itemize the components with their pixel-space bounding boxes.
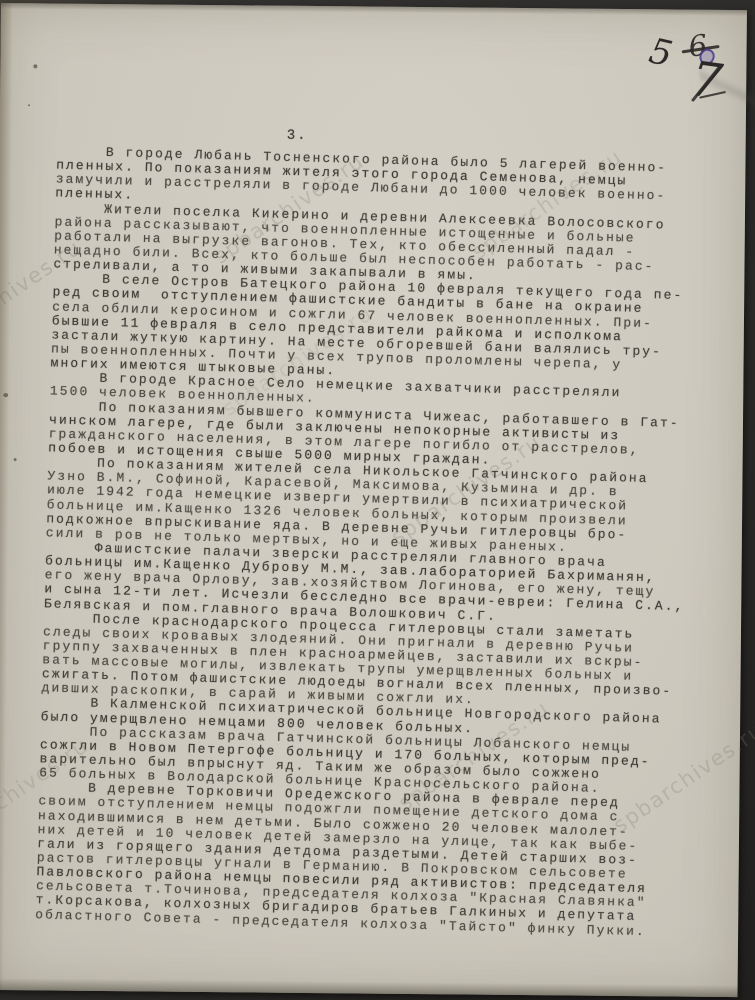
paper-edge-shadow-left xyxy=(0,3,13,990)
typed-text-block: В городе Любань Тосненского района было … xyxy=(35,144,728,940)
paragraph: В деревне Торковичи Оредежского района в… xyxy=(35,781,711,941)
paper-speck xyxy=(33,64,37,68)
paper-speck xyxy=(14,458,17,461)
paper-edge-shadow-bottom xyxy=(0,978,738,997)
handwritten-number-5: 5 xyxy=(645,31,675,75)
page-number: 3. xyxy=(287,128,308,144)
paper-edge-shadow-top xyxy=(1,3,747,16)
document-page: spbarchives.ruspbarchives.ruspbarchives.… xyxy=(0,3,747,997)
paper-speck xyxy=(28,104,30,106)
